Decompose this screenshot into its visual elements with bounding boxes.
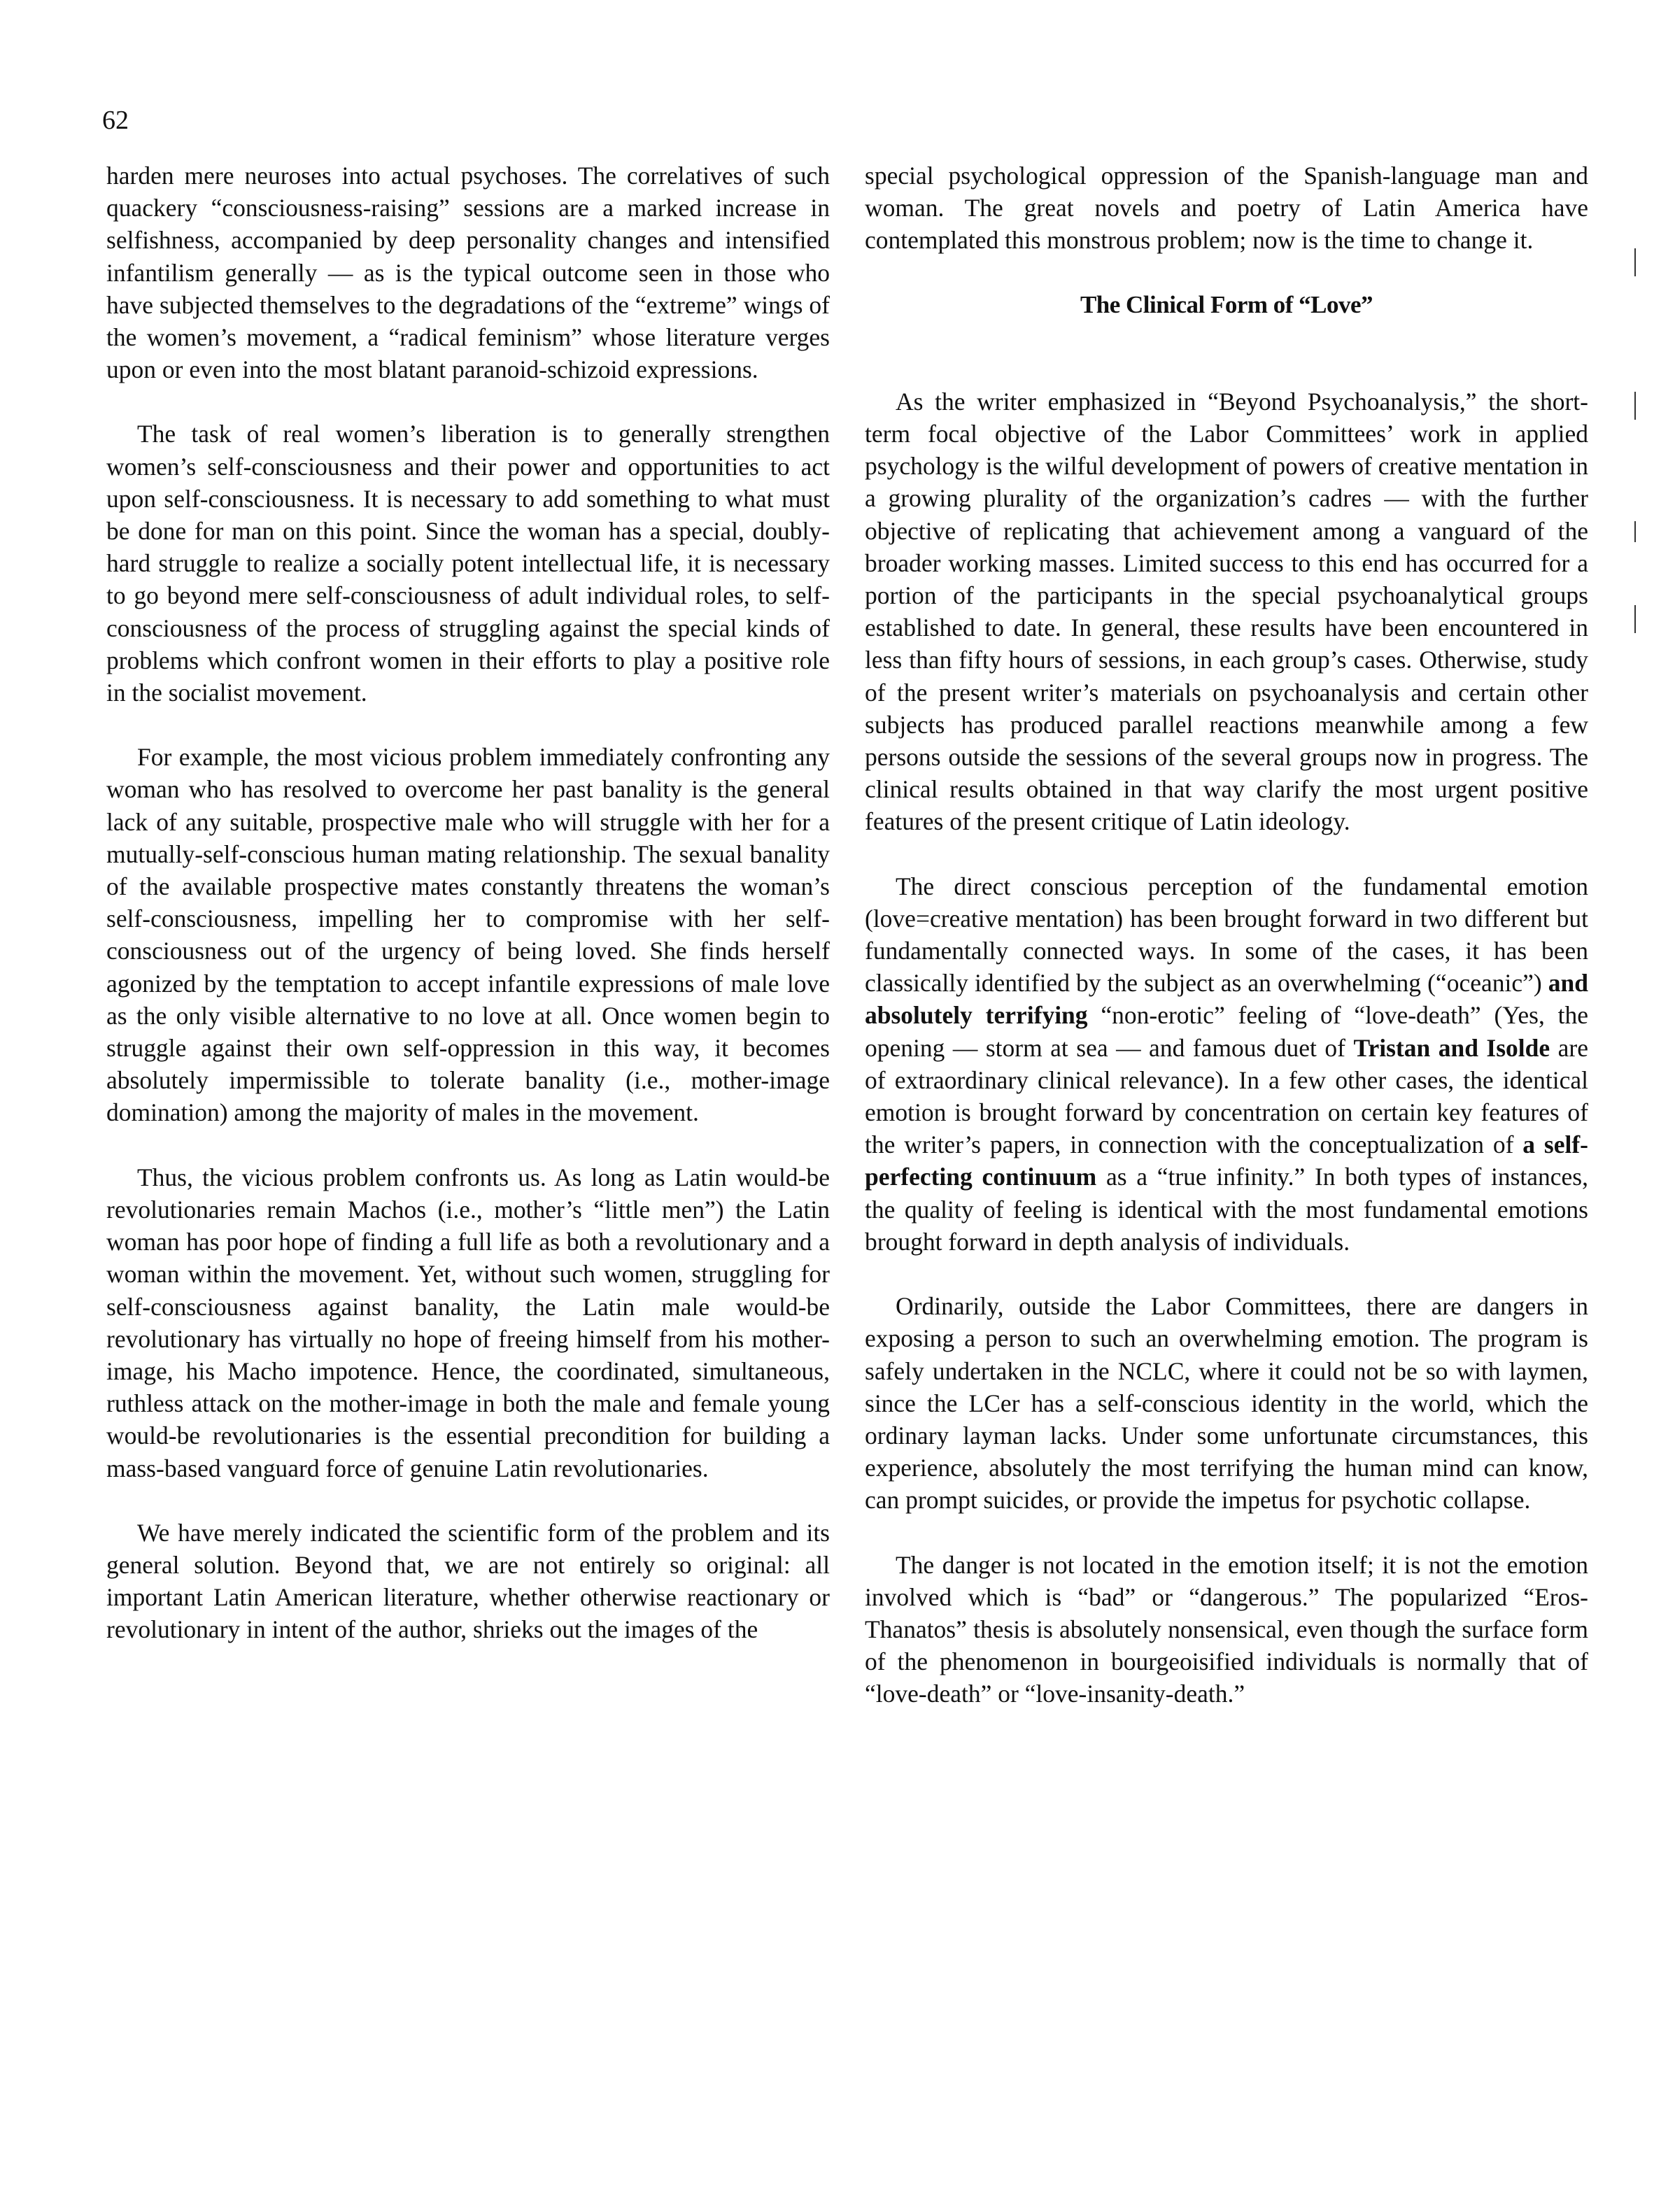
bold-phrase: Tristan and Isolde [1353, 1034, 1550, 1062]
right-column: special psychological oppression of the … [865, 159, 1588, 1743]
page-number: 62 [102, 105, 129, 136]
section-heading: The Clinical Form of “Love” [865, 289, 1588, 321]
paragraph-continuation: special psychological oppression of the … [865, 159, 1588, 257]
scan-margin-mark [1634, 521, 1636, 542]
scan-margin-mark [1634, 248, 1636, 276]
paragraph: For example, the most vicious problem im… [106, 741, 830, 1128]
paragraph: We have merely indicated the scientific … [106, 1517, 830, 1646]
paragraph: The task of real women’s liberation is t… [106, 418, 830, 709]
left-column: harden mere neuroses into actual psychos… [106, 159, 830, 1678]
scan-margin-mark [1634, 392, 1636, 420]
text-run: The direct conscious perception of the f… [865, 872, 1588, 998]
paragraph: The direct conscious perception of the f… [865, 870, 1588, 1258]
scan-margin-mark [1634, 605, 1636, 633]
paragraph: As the writer emphasized in “Beyond Psyc… [865, 385, 1588, 838]
paragraph: The danger is not located in the emotion… [865, 1549, 1588, 1710]
paragraph: harden mere neuroses into actual psychos… [106, 159, 830, 385]
paragraph: Ordinarily, outside the Labor Committees… [865, 1290, 1588, 1516]
paragraph: Thus, the vicious problem confronts us. … [106, 1161, 830, 1484]
